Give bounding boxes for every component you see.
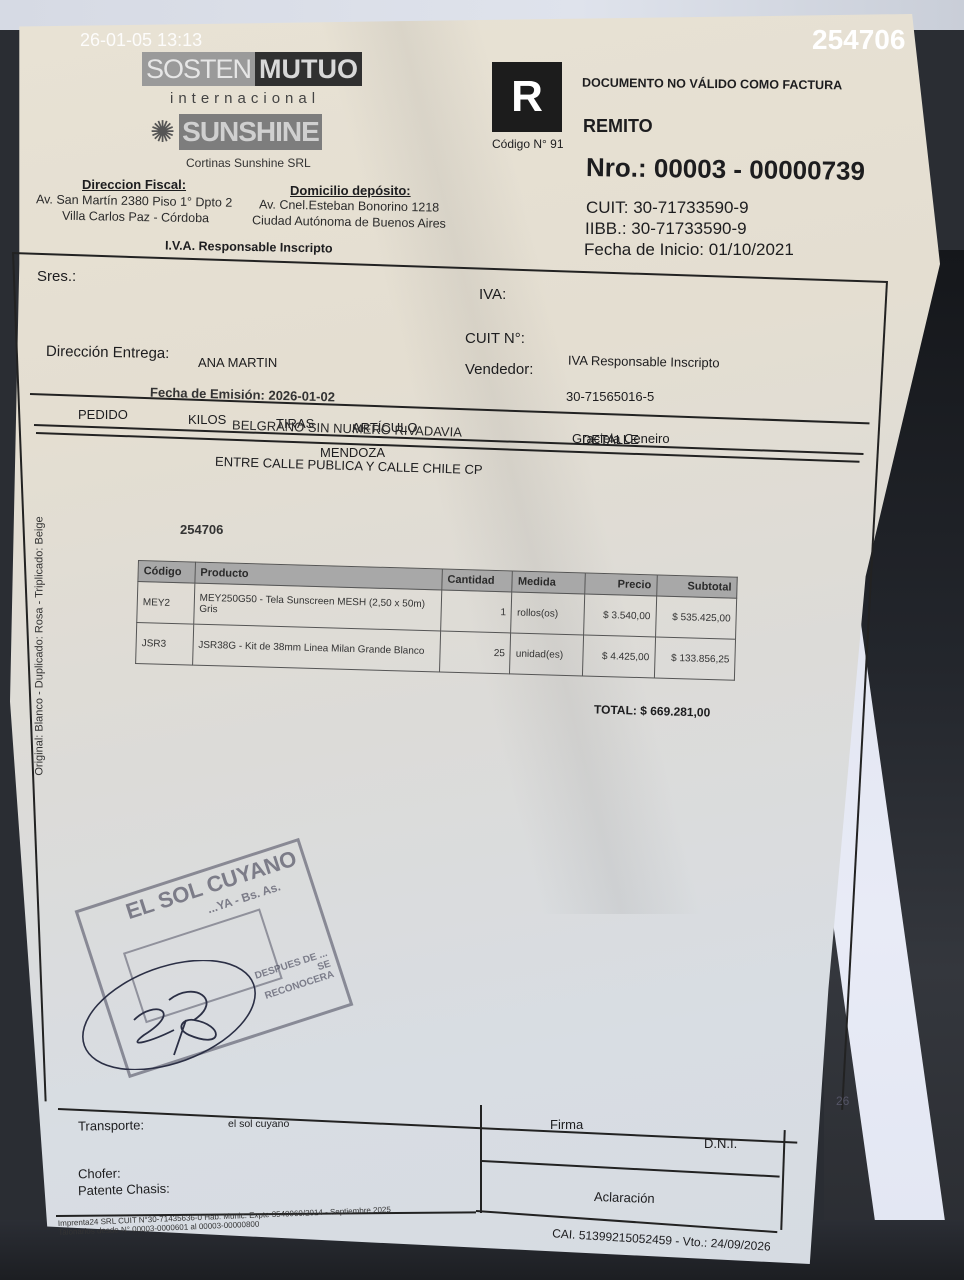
sosten-mutuo-logo: SOSTEN MUTUO [142, 52, 350, 86]
document-type-name: REMITO [583, 116, 653, 137]
logo-sosten-text: SOSTEN [142, 52, 255, 86]
cell-precio: $ 4.425,00 [582, 635, 655, 678]
iva-label: IVA: [479, 286, 506, 303]
header-subtotal: Subtotal [656, 575, 737, 598]
delivery-label: Dirección Entrega: [46, 343, 170, 362]
cell-medida: unidad(es) [510, 633, 583, 676]
sres-label: Sres.: [37, 268, 76, 285]
column-pedido: PEDIDO [78, 407, 128, 422]
document-type-code: Código N° 91 [492, 137, 564, 151]
items-table: Código Producto Cantidad Medida Precio S… [135, 560, 738, 681]
reference-number-overlay: 254706 [812, 24, 905, 56]
issuer-iibb: IIBB.: 30-71733590-9 [585, 219, 747, 239]
cuit-label: CUIT N°: [465, 330, 525, 347]
cell-producto: JSR38G - Kit de 38mm Linea Milan Grande … [192, 624, 440, 672]
document-number: Nro.: 00003 - 00000739 [586, 152, 865, 187]
header-medida: Medida [512, 571, 585, 594]
sun-icon: ✺ [150, 115, 175, 150]
cell-codigo: MEY2 [137, 582, 195, 625]
signature-label: Firma [550, 1117, 583, 1132]
document-type-letter: R [492, 62, 562, 132]
sunshine-logo: ✺ SUNSHINE [150, 112, 320, 152]
cell-subtotal: $ 535.425,00 [655, 596, 736, 639]
header-precio: Precio [584, 573, 657, 596]
vendor-label: Vendedor: [465, 361, 533, 378]
column-kilos: KILOS [188, 412, 226, 427]
fiscal-address-line2: Villa Carlos Paz - Córdoba [62, 209, 209, 226]
header-cantidad: Cantidad [442, 569, 513, 592]
logo-mutuo-text: MUTUO [255, 52, 362, 86]
order-reference: 254706 [180, 522, 223, 537]
logo-sunshine-text: SUNSHINE [179, 114, 322, 150]
cell-subtotal: $ 133.856,25 [654, 637, 735, 680]
clarification-label: Aclaración [594, 1189, 655, 1206]
activity-start-date: Fecha de Inicio: 01/10/2021 [584, 240, 794, 260]
dni-label: D.N.I. [704, 1136, 737, 1151]
cell-producto: MEY250G50 - Tela Sunscreen MESH (2,50 x … [193, 583, 441, 631]
cell-cantidad: 25 [439, 631, 511, 674]
transport-value: el sol cuyano [228, 1118, 289, 1130]
plate-label: Patente Chasis: [78, 1181, 170, 1198]
cell-codigo: JSR3 [136, 622, 194, 665]
handwritten-signature-icon [74, 960, 264, 1070]
customer-iva-value: IVA Responsable Inscripto [568, 353, 720, 371]
driver-label: Chofer: [78, 1166, 121, 1182]
transport-label: Transporte: [78, 1117, 144, 1133]
column-detalle: DETALLE [582, 432, 639, 447]
tax-condition: I.V.A. Responsable Inscripto [165, 239, 333, 256]
copies-note: Original: Blanco - Duplicado: Rosa - Tri… [34, 516, 46, 775]
photo-timestamp: 26-01-05 13:13 [80, 30, 202, 51]
logo-subtitle: internacional [170, 90, 320, 107]
cell-medida: rollos(os) [511, 592, 584, 635]
document-disclaimer: DOCUMENTO NO VÁLIDO COMO FACTURA [582, 76, 842, 93]
header-codigo: Código [138, 561, 195, 584]
warehouse-label: Domicilio depósito: [290, 183, 411, 198]
company-name: Cortinas Sunshine SRL [186, 156, 311, 170]
cell-cantidad: 1 [441, 590, 513, 633]
customer-name: ANA MARTIN [198, 355, 277, 370]
customer-cuit-value: 30-71565016-5 [566, 389, 654, 404]
issuer-cuit: CUIT: 30-71733590-9 [586, 198, 749, 218]
cell-precio: $ 3.540,00 [583, 594, 656, 637]
underlying-page-text: 26 [836, 1094, 849, 1108]
fiscal-address-label: Direccion Fiscal: [82, 177, 186, 192]
